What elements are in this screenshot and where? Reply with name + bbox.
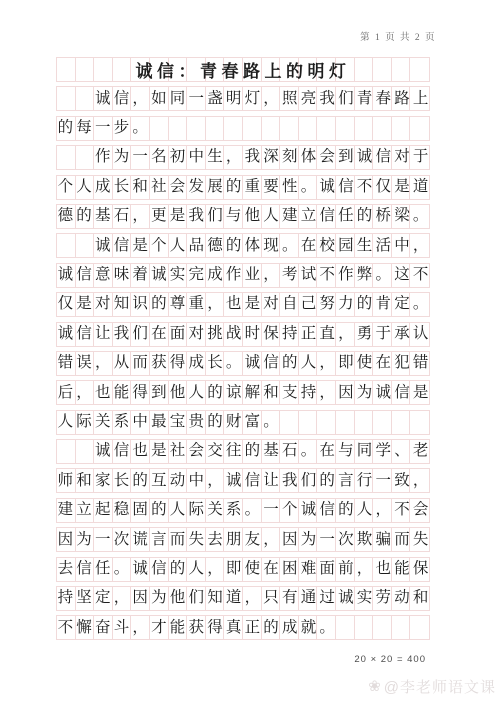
char-cell: 直 [318, 322, 337, 346]
grid-row: 仅是对知识的尊重，也是对自己努力的肯定。 [56, 292, 430, 321]
grid-row: 不懈奋斗，才能获得真正的成就。 [56, 615, 430, 644]
grid-row: 诚信，如同一盏明灯，照亮我们青春路上 [56, 86, 430, 115]
char-cell: 诚 [224, 468, 243, 492]
char-cell: 坚 [75, 586, 94, 610]
char-cell: 。 [280, 233, 299, 257]
essay-line: 德的基石，更是我们与他人建立信任的桥梁。 [56, 204, 430, 228]
char-cell: 固 [131, 498, 150, 522]
char-cell: 中 [187, 145, 206, 169]
char-cell: 己 [299, 292, 318, 316]
char-cell: 的 [355, 292, 374, 316]
char-cell: 得 [168, 351, 187, 375]
char-cell: 也 [374, 557, 393, 581]
char-cell: 品 [187, 233, 206, 257]
char-cell [75, 86, 94, 110]
char-cell: 长 [112, 468, 131, 492]
essay-line: 建立起稳固的人际关系。一个诚信的人，不会 [56, 498, 430, 522]
char-cell: 照 [280, 86, 299, 110]
char-cell: 灯 [243, 86, 262, 110]
char-cell: 而 [393, 527, 412, 551]
char-cell: 得 [131, 380, 150, 404]
char-cell: ， [206, 557, 225, 581]
char-cell: ， [262, 527, 281, 551]
char-cell: 作 [93, 145, 112, 169]
char-cell: 德 [56, 204, 75, 228]
char-cell: ， [411, 468, 430, 492]
char-cell: 我 [112, 322, 131, 346]
char-cell: 只 [262, 586, 281, 610]
char-cell: 是 [131, 233, 150, 257]
char-cell: 人 [187, 557, 206, 581]
char-cell: 获 [187, 615, 206, 639]
char-cell: ， [243, 586, 262, 610]
char-cell: 诚 [355, 145, 374, 169]
char-cell: ， [411, 233, 430, 257]
char-cell: 每 [75, 116, 94, 140]
char-cell [56, 86, 75, 110]
char-cell: 信 [374, 145, 393, 169]
char-cell: 信 [318, 204, 337, 228]
char-cell: 与 [224, 204, 243, 228]
char-cell: 支 [280, 380, 299, 404]
grid-row: 持坚定，因为他们知道，只有通过诚实劳动和 [56, 586, 430, 615]
char-cell: 的 [262, 615, 281, 639]
char-cell: 老 [411, 439, 430, 463]
char-cell: 建 [280, 204, 299, 228]
char-cell: 园 [337, 233, 356, 257]
char-cell: 对 [93, 292, 112, 316]
char-cell: 时 [243, 322, 262, 346]
char-cell: 仅 [56, 292, 75, 316]
char-cell: 弊 [355, 263, 374, 287]
char-cell: 。 [318, 615, 337, 639]
char-cell: 友 [243, 527, 262, 551]
char-cell: 业 [243, 263, 262, 287]
char-cell: 。 [243, 498, 262, 522]
char-cell: 。 [112, 557, 131, 581]
char-cell: 诚 [243, 351, 262, 375]
char-cell: 解 [243, 380, 262, 404]
char-cell: 他 [243, 204, 262, 228]
char-cell: 实 [168, 263, 187, 287]
char-cell: 成 [187, 351, 206, 375]
char-cell: 使 [355, 351, 374, 375]
char-cell: ， [318, 351, 337, 375]
char-cell: 互 [150, 468, 169, 492]
char-cell: 信 [75, 263, 94, 287]
char-cell: 盏 [206, 86, 225, 110]
char-cell: ， [262, 86, 281, 110]
char-cell: 学 [374, 439, 393, 463]
char-cell: 的 [243, 439, 262, 463]
grid-row: 去信任。诚信的人，即使在困难面前，也能保 [56, 557, 430, 586]
char-cell: 持 [280, 322, 299, 346]
char-cell: 一 [374, 468, 393, 492]
char-cell: 为 [150, 586, 169, 610]
essay-line: 后，也能得到他人的谅解和支持，因为诚信是 [56, 380, 430, 404]
char-cell: 信 [75, 322, 94, 346]
grid-row: 建立起稳固的人际关系。一个诚信的人，不会 [56, 498, 430, 527]
char-cell: 一 [131, 145, 150, 169]
char-cell: 的 [280, 351, 299, 375]
char-cell: 认 [411, 322, 430, 346]
char-cell: 努 [318, 292, 337, 316]
char-cell: 更 [150, 204, 169, 228]
char-cell: 挑 [206, 322, 225, 346]
char-cell: 们 [299, 468, 318, 492]
char-cell: 保 [411, 557, 430, 581]
char-cell: 。 [411, 292, 430, 316]
char-cell: 家 [93, 468, 112, 492]
char-cell: 持 [56, 586, 75, 610]
char-cell: 肯 [374, 292, 393, 316]
char-cell: 即 [224, 557, 243, 581]
char-cell: ， [262, 263, 281, 287]
char-cell: 言 [150, 527, 169, 551]
char-cell: 际 [75, 410, 94, 434]
essay-line: 诚信让我们在面对挑战时保持正直，勇于承认 [56, 322, 430, 346]
char-cell: 会 [411, 498, 430, 522]
char-cell: 过 [318, 586, 337, 610]
grid-spec-label: 20 × 20 = 400 [354, 654, 426, 665]
char-cell: 石 [280, 439, 299, 463]
char-cell: ， [355, 557, 374, 581]
char-cell: 而 [168, 527, 187, 551]
char-cell: 们 [187, 586, 206, 610]
char-cell: 我 [318, 86, 337, 110]
char-cell: 在 [299, 233, 318, 257]
char-cell: 的 [131, 468, 150, 492]
char-cell: 的 [206, 410, 225, 434]
char-cell: 一 [93, 116, 112, 140]
char-cell: 次 [337, 527, 356, 551]
grid-row: 诚信意味着诚实完成作业，考试不作弊。这不 [56, 263, 430, 292]
char-cell: 和 [131, 175, 150, 199]
char-cell: 成 [206, 263, 225, 287]
char-cell: 在 [318, 439, 337, 463]
char-cell: 的 [355, 204, 374, 228]
char-cell: 着 [131, 263, 150, 287]
char-cell: 朋 [224, 527, 243, 551]
char-cell: 基 [262, 439, 281, 463]
char-cell: 的 [224, 175, 243, 199]
char-cell: 次 [112, 527, 131, 551]
char-cell: 中 [187, 468, 206, 492]
char-cell: 信 [150, 557, 169, 581]
char-cell: 体 [299, 145, 318, 169]
char-cell: 因 [337, 380, 356, 404]
char-cell: 他 [168, 586, 187, 610]
char-cell: 会 [187, 439, 206, 463]
char-cell: 在 [374, 351, 393, 375]
char-cell: 关 [93, 410, 112, 434]
char-cell: 初 [168, 145, 187, 169]
char-cell: 的 [150, 292, 169, 316]
char-cell: ， [206, 292, 225, 316]
char-cell: 是 [75, 292, 94, 316]
char-cell: 一 [262, 498, 281, 522]
char-cell: ， [93, 351, 112, 375]
char-cell: 去 [56, 557, 75, 581]
char-cell: 难 [299, 557, 318, 581]
char-cell: 前 [337, 557, 356, 581]
char-cell: 完 [187, 263, 206, 287]
char-cell: 道 [224, 586, 243, 610]
flower-icon: ❀ [368, 679, 382, 694]
char-cell: 在 [150, 322, 169, 346]
char-cell: 也 [131, 439, 150, 463]
char-cell: 能 [168, 615, 187, 639]
char-cell: 这 [393, 263, 412, 287]
char-cell: 让 [93, 322, 112, 346]
char-cell: 重 [187, 292, 206, 316]
char-cell: 重 [243, 175, 262, 199]
char-cell: 勇 [355, 322, 374, 346]
essay-line: 师和家长的互动中，诚信让我们的言行一致， [56, 468, 430, 492]
char-cell: 奋 [93, 615, 112, 639]
grid-row: 因为一次谎言而失去朋友，因为一次欺骗而失 [56, 527, 430, 556]
char-cell: 获 [150, 351, 169, 375]
essay-line: 作为一名初中生，我深刻体会到诚信对于 [56, 145, 430, 169]
char-cell: 为 [112, 145, 131, 169]
char-cell [56, 145, 75, 169]
char-cell: 一 [187, 86, 206, 110]
char-cell: 错 [56, 351, 75, 375]
char-cell: 骗 [374, 527, 393, 551]
char-cell: 得 [206, 615, 225, 639]
grid-row: 诚信是个人品德的体现。在校园生活中， [56, 233, 430, 262]
char-cell: 生 [206, 145, 225, 169]
char-cell: 味 [112, 263, 131, 287]
char-cell: 梁 [393, 204, 412, 228]
char-cell: 深 [262, 145, 281, 169]
char-cell: 校 [318, 233, 337, 257]
char-cell: 斗 [112, 615, 131, 639]
char-cell: 为 [75, 527, 94, 551]
char-cell: 信 [243, 468, 262, 492]
char-cell: 人 [168, 498, 187, 522]
char-cell: 不 [56, 615, 75, 639]
char-cell: 诚 [318, 175, 337, 199]
char-cell: 的 [224, 233, 243, 257]
char-cell: 为 [299, 527, 318, 551]
char-cell: 春 [374, 86, 393, 110]
char-cell: 行 [355, 468, 374, 492]
char-cell: 才 [150, 615, 169, 639]
char-cell: 。 [411, 204, 430, 228]
essay-line: 持坚定，因为他们知道，只有通过诚实劳动和 [56, 586, 430, 610]
char-cell: 、 [393, 439, 412, 463]
char-cell: 也 [224, 292, 243, 316]
char-cell: ， [224, 145, 243, 169]
char-cell: 石 [112, 204, 131, 228]
char-cell: 实 [355, 586, 374, 610]
char-cell: 致 [393, 468, 412, 492]
char-cell: 对 [393, 145, 412, 169]
char-cell [75, 145, 94, 169]
char-cell: 财 [224, 410, 243, 434]
char-cell: 考 [280, 263, 299, 287]
char-cell [75, 233, 94, 257]
grid-row: 人际关系中最宝贵的财富。 [56, 410, 430, 439]
grid-row: 诚信也是社会交往的基石。在与同学、老 [56, 439, 430, 468]
char-cell: 最 [150, 410, 169, 434]
char-cell: 是 [393, 175, 412, 199]
char-cell: 明 [224, 86, 243, 110]
char-cell: 同 [355, 439, 374, 463]
char-cell: 桥 [374, 204, 393, 228]
char-cell: 人 [56, 410, 75, 434]
char-cell: 因 [56, 527, 75, 551]
char-cell: 战 [224, 322, 243, 346]
char-cell: 动 [168, 468, 187, 492]
char-cell: 中 [131, 410, 150, 434]
char-cell: 如 [150, 86, 169, 110]
char-cell: 和 [75, 468, 94, 492]
char-cell: 诚 [374, 380, 393, 404]
char-cell: 与 [337, 439, 356, 463]
char-cell: 正 [299, 322, 318, 346]
char-cell: 保 [262, 322, 281, 346]
char-cell: 宝 [168, 410, 187, 434]
char-cell: 人 [187, 380, 206, 404]
char-cell: 一 [318, 527, 337, 551]
essay-line: 诚信意味着诚实完成作业，考试不作弊。这不 [56, 263, 430, 287]
char-cell: 是 [411, 380, 430, 404]
char-cell: 力 [337, 292, 356, 316]
char-cell [56, 233, 75, 257]
char-cell: 使 [243, 557, 262, 581]
char-cell: 活 [374, 233, 393, 257]
char-cell: 就 [299, 615, 318, 639]
char-cell: 我 [243, 145, 262, 169]
char-cell: 立 [299, 204, 318, 228]
char-cell: 德 [206, 233, 225, 257]
essay-line: 仅是对知识的尊重，也是对自己努力的肯定。 [56, 292, 430, 316]
char-cell: 。 [374, 263, 393, 287]
char-cell: 不 [355, 175, 374, 199]
char-cell: 步 [112, 116, 131, 140]
char-cell: 。 [224, 351, 243, 375]
char-cell: 误 [75, 351, 94, 375]
char-cell: 懈 [75, 615, 94, 639]
char-cell: 信 [337, 175, 356, 199]
char-cell: 从 [112, 351, 131, 375]
char-cell: 展 [206, 175, 225, 199]
char-cell: 个 [150, 233, 169, 257]
essay-line: 诚信是个人品德的体现。在校园生活中， [56, 233, 430, 257]
char-cell: 我 [187, 204, 206, 228]
essay-line: 诚信，如同一盏明灯，照亮我们青春路上 [56, 86, 430, 110]
composition-sheet: 诚信：青春路上的明灯 诚信，如同一盏明灯，照亮我们青春路上的每一步。 作为一名初… [56, 57, 430, 645]
char-cell: 通 [299, 586, 318, 610]
char-cell: 他 [168, 380, 187, 404]
char-cell [56, 439, 75, 463]
char-cell: ， [318, 380, 337, 404]
char-cell: 动 [393, 586, 412, 610]
char-cell: ， [374, 498, 393, 522]
char-cell: 路 [393, 86, 412, 110]
char-cell: 的 [318, 468, 337, 492]
char-cell: 建 [56, 498, 75, 522]
grid-row: 诚信：青春路上的明灯 [56, 57, 430, 86]
char-cell: 。 [262, 410, 281, 434]
char-cell: 为 [355, 380, 374, 404]
essay-line: 诚信也是社会交往的基石。在与同学、老 [56, 439, 430, 463]
char-cell: ， [206, 468, 225, 492]
char-cell: 和 [411, 586, 430, 610]
char-cell: 定 [393, 292, 412, 316]
char-cell: 任 [93, 557, 112, 581]
char-cell: 劳 [374, 586, 393, 610]
char-cell: 人 [299, 351, 318, 375]
char-cell: 诚 [56, 322, 75, 346]
char-cell: 稳 [112, 498, 131, 522]
char-cell: 亮 [299, 86, 318, 110]
char-cell: 诚 [299, 498, 318, 522]
char-cell: 道 [411, 175, 430, 199]
char-cell: 交 [206, 439, 225, 463]
char-cell: 犯 [393, 351, 412, 375]
char-cell: 发 [187, 175, 206, 199]
char-cell: 起 [93, 498, 112, 522]
char-cell: 信 [112, 233, 131, 257]
char-cell: 青 [355, 86, 374, 110]
char-cell: 人 [168, 233, 187, 257]
char-cell: 即 [337, 351, 356, 375]
grid-row: 的每一步。 [56, 116, 430, 145]
char-cell: 我 [280, 468, 299, 492]
char-cell: 现 [262, 233, 281, 257]
essay-line: 因为一次谎言而失去朋友，因为一次欺骗而失 [56, 527, 430, 551]
char-cell: 能 [393, 557, 412, 581]
essay-line: 个人成长和社会发展的重要性。诚信不仅是道 [56, 175, 430, 199]
char-cell: 富 [243, 410, 262, 434]
char-cell: 性 [280, 175, 299, 199]
char-cell: 定 [93, 586, 112, 610]
char-cell: 们 [131, 322, 150, 346]
grid-row: 作为一名初中生，我深刻体会到诚信对于 [56, 145, 430, 174]
char-cell: 在 [262, 557, 281, 581]
char-cell: 对 [187, 322, 206, 346]
char-cell: 们 [206, 204, 225, 228]
essay-line: 的每一步。 [56, 116, 430, 140]
char-cell: 错 [411, 351, 430, 375]
char-cell: 到 [337, 145, 356, 169]
char-cell: 是 [168, 204, 187, 228]
char-cell: 人 [355, 498, 374, 522]
char-cell: 仅 [374, 175, 393, 199]
char-cell: 关 [206, 498, 225, 522]
char-cell: 谅 [224, 380, 243, 404]
essay-line: 人际关系中最宝贵的财富。 [56, 410, 430, 434]
char-cell: 于 [374, 322, 393, 346]
char-cell: 长 [206, 351, 225, 375]
char-cell: 社 [168, 439, 187, 463]
char-cell: 会 [318, 145, 337, 169]
char-cell: 。 [131, 116, 150, 140]
char-cell: 知 [206, 586, 225, 610]
char-cell: 而 [131, 351, 150, 375]
char-cell: 长 [112, 175, 131, 199]
char-cell: 生 [355, 233, 374, 257]
char-cell: 是 [150, 439, 169, 463]
document-page: 第 1 页 共 2 页 诚信：青春路上的明灯 诚信，如同一盏明灯，照亮我们青春路… [0, 0, 500, 708]
char-cell: 的 [150, 498, 169, 522]
grid-row: 德的基石，更是我们与他人建立信任的桥梁。 [56, 204, 430, 233]
char-cell: 的 [206, 380, 225, 404]
char-cell: 知 [112, 292, 131, 316]
